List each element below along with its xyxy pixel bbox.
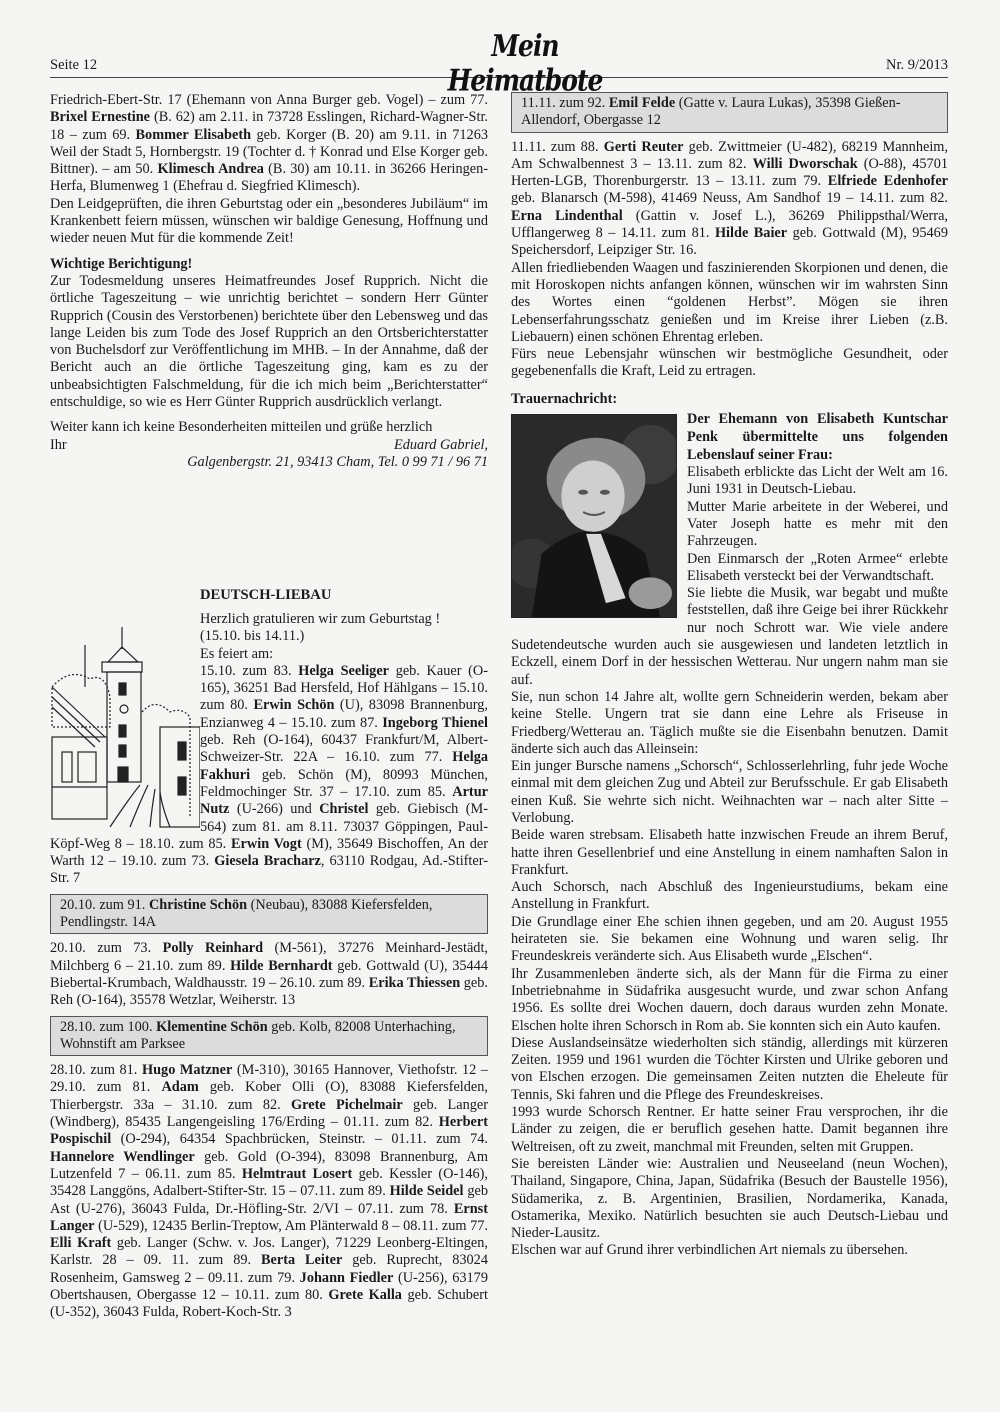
person-name: Herbert Pospischil <box>50 1114 488 1147</box>
obituary-paragraph: Sie, nun schon 14 Jahre alt, wollte gern… <box>511 689 948 758</box>
closing-ihr: Ihr <box>50 437 67 454</box>
person-name: Willi Dworschak <box>753 156 858 172</box>
horoscope-wish: Allen friedliebenden Waagen und faszinie… <box>511 260 948 346</box>
person-name: Emil Felde <box>609 95 675 111</box>
person-name: Giesela Bracharz <box>214 853 321 869</box>
person-name: Grete Pichelmair <box>291 1097 403 1113</box>
person-name: Bommer Elisabeth <box>136 127 252 143</box>
person-name: Grete Kalla <box>328 1287 402 1303</box>
new-year-wish: Fürs neue Lebensjahr wünschen wir bestmö… <box>511 346 948 381</box>
correction-text: Zur Todesmeldung unseres Heimatfreundes … <box>50 273 488 411</box>
birthday-list: 28.10. zum 81. Hugo Matzner (M-310), 301… <box>50 1062 488 1321</box>
person-name: Hilde Seidel <box>390 1183 464 1199</box>
portrait-photo <box>511 414 677 618</box>
person-name: Elli Kraft <box>50 1235 111 1251</box>
person-name: Helga Fakhuri <box>200 749 488 782</box>
page-number: Seite 12 <box>50 57 97 74</box>
person-name: Erika Thiessen <box>369 975 461 991</box>
person-name: Erwin Vogt <box>231 836 302 852</box>
person-name: Erna Lindenthal <box>511 208 623 224</box>
person-name: Berta Leiter <box>261 1252 342 1268</box>
person-name: Ernst Langer <box>50 1201 488 1234</box>
newspaper-page: Seite 12 Mein Heimatbote Nr. 9/2013 Frie… <box>0 0 1000 1412</box>
issue-number: Nr. 9/2013 <box>886 57 948 74</box>
person-name: Elfriede Edenhofer <box>828 173 948 189</box>
obituary-paragraph: Auch Schorsch, nach Abschluß des Ingenie… <box>511 879 948 914</box>
page-header: Seite 12 Mein Heimatbote Nr. 9/2013 <box>50 30 948 78</box>
person-name: Erwin Schön <box>253 697 334 713</box>
obituary-paragraph: Beide waren strebsam. Elisabeth hatte in… <box>511 827 948 879</box>
obituary-paragraph: Sie bereisten Länder wie: Australien und… <box>511 1156 948 1242</box>
person-name: Ingeborg Thienel <box>382 715 488 731</box>
person-name: Hannelore Wendlinger <box>50 1149 195 1165</box>
section-heading-deutsch-liebau: DEUTSCH-LIEBAU <box>200 587 331 604</box>
highlight-box-klementine-schoen: 28.10. zum 100. Klementine Schön geb. Ko… <box>50 1016 488 1057</box>
person-name: Helmtraut Losert <box>242 1166 352 1182</box>
left-column: Friedrich-Ebert-Str. 17 (Ehemann von Ann… <box>50 92 488 471</box>
person-name: Christel <box>319 801 368 817</box>
birthday-list: 20.10. zum 73. Polly Reinhard (M-561), 3… <box>50 940 488 1009</box>
obituary-paragraph: 1993 wurde Schorsch Rentner. Er hatte se… <box>511 1104 948 1156</box>
obituary-paragraph: Die Grundlage einer Ehe schien ihnen geg… <box>511 914 948 966</box>
wishes-paragraph: Den Leidgeprüften, die ihren Geburtstag … <box>50 196 488 248</box>
person-name: Polly Reinhard <box>163 940 263 956</box>
obituary-paragraph: Elschen war auf Grund ihrer verbindliche… <box>511 1242 948 1259</box>
person-name: Klimesch Andrea <box>157 161 263 177</box>
deutsch-liebau-section: Herzlich gratulieren wir zum Geburtstag … <box>50 611 488 1322</box>
obituary-paragraph: Diese Auslandseinsätze wiederholten sich… <box>511 1035 948 1104</box>
signature-address: Galgenbergstr. 21, 93413 Cham, Tel. 0 99… <box>50 454 488 471</box>
highlight-box-emil-felde: 11.11. zum 92. Emil Felde (Gatte v. Laur… <box>511 92 948 133</box>
signature-line: Ihr Eduard Gabriel, <box>50 437 488 454</box>
person-name: Adam <box>161 1079 198 1095</box>
obituary-paragraph: Ihr Zusammenleben änderte sich, als der … <box>511 966 948 1035</box>
masthead-logo: Mein Heimatbote <box>420 28 630 98</box>
correction-heading: Wichtige Berichtigung! <box>50 256 488 273</box>
person-name: Gerti Reuter <box>604 139 684 155</box>
signature-name: Eduard Gabriel, <box>394 437 488 454</box>
person-name: Klementine Schön <box>156 1019 268 1035</box>
person-name: Johann Fiedler <box>300 1270 394 1286</box>
obituary-heading: Trauernachricht: <box>511 391 948 408</box>
person-name: Helga Seeliger <box>298 663 389 679</box>
person-name: Christine Schön <box>149 897 247 913</box>
highlight-box-christine-schoen: 20.10. zum 91. Christine Schön (Neubau),… <box>50 894 488 935</box>
closing-text: Weiter kann ich keine Besonderheiten mit… <box>50 419 488 436</box>
person-name: Hugo Matzner <box>142 1062 232 1078</box>
person-name: Hilde Bernhardt <box>230 958 332 974</box>
person-name: Brixel Ernestine <box>50 109 150 125</box>
birthday-list: 11.11. zum 88. Gerti Reuter geb. Zwittme… <box>511 139 948 260</box>
obituary-paragraph: Ein junger Bursche namens „Schorsch“, Sc… <box>511 758 948 827</box>
birthday-list-continued: Friedrich-Ebert-Str. 17 (Ehemann von Ann… <box>50 92 488 196</box>
church-illustration-icon <box>50 617 200 835</box>
person-name: Hilde Baier <box>715 225 787 241</box>
right-column: 11.11. zum 92. Emil Felde (Gatte v. Laur… <box>511 92 948 1260</box>
